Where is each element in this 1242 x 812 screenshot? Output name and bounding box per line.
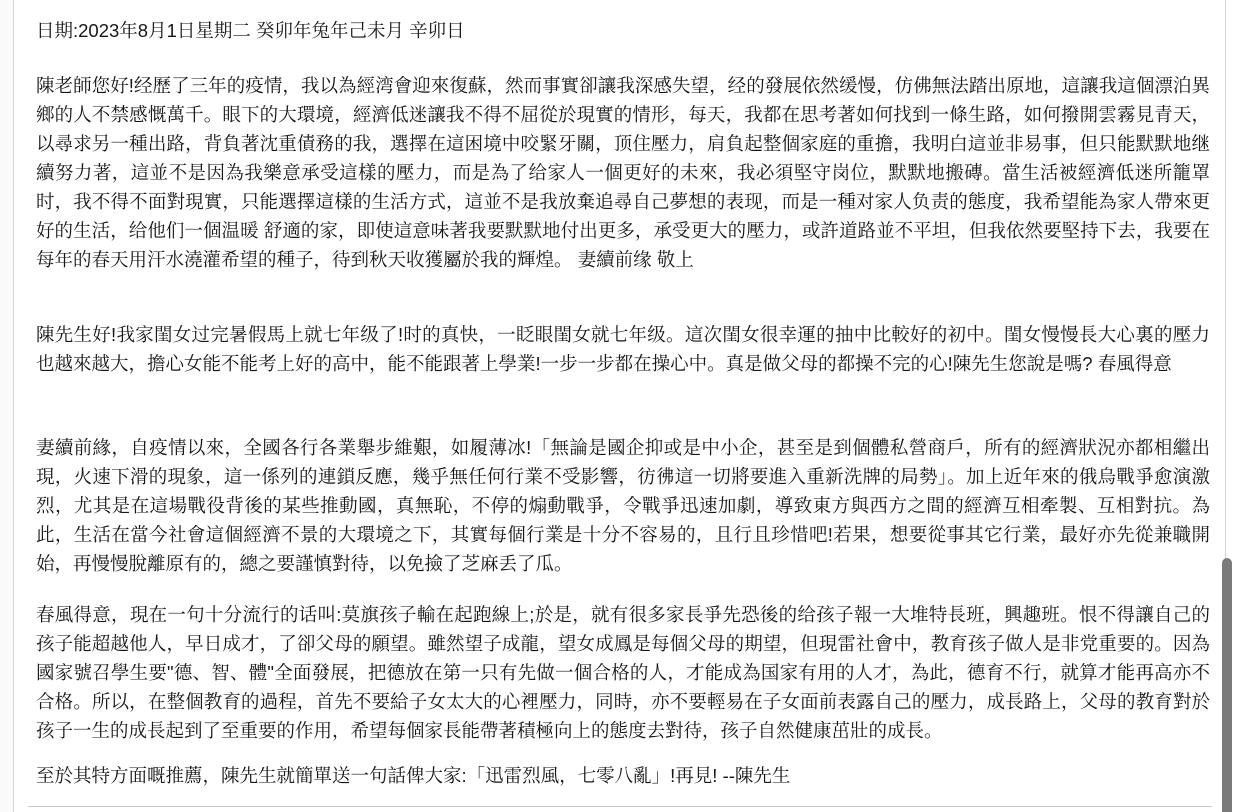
letter-paragraph-4: 春風得意，現在一句十分流行的话叫:莫旗孩子輸在起跑線上;於是，就有很多家長爭先恐…	[36, 600, 1210, 745]
bottom-divider	[28, 806, 1212, 807]
letter-paragraph-2: 陳先生好!我家閨女过完暑假馬上就七年级了!时的真快，一眨眼閨女就七年级。這次閨女…	[36, 320, 1210, 378]
page-left-gutter	[0, 0, 13, 812]
date-line: 日期:2023年8月1日星期二 癸卯年兔年己未月 辛卯日	[36, 16, 1210, 45]
content-panel-left-border	[13, 0, 14, 812]
letter-document: 日期:2023年8月1日星期二 癸卯年兔年己未月 辛卯日 陳老師您好!经歷了三年…	[36, 16, 1210, 790]
letter-paragraph-3: 妻續前緣，自疫情以來，全國各行各業舉步維艱，如履薄冰!「無論是國企抑或是中小企，…	[36, 433, 1210, 578]
letter-paragraph-1: 陳老師您好!经歷了三年的疫情，我以為經湾會迎來復蘇，然而事實卻讓我深感失望，经的…	[36, 71, 1210, 274]
scrollbar-thumb[interactable]	[1222, 558, 1232, 812]
letter-paragraph-5: 至於其特方面嘅推薦，陳先生就簡單送一句話俾大家:「迅雷烈風，七零八亂」!再見! …	[36, 761, 1210, 790]
